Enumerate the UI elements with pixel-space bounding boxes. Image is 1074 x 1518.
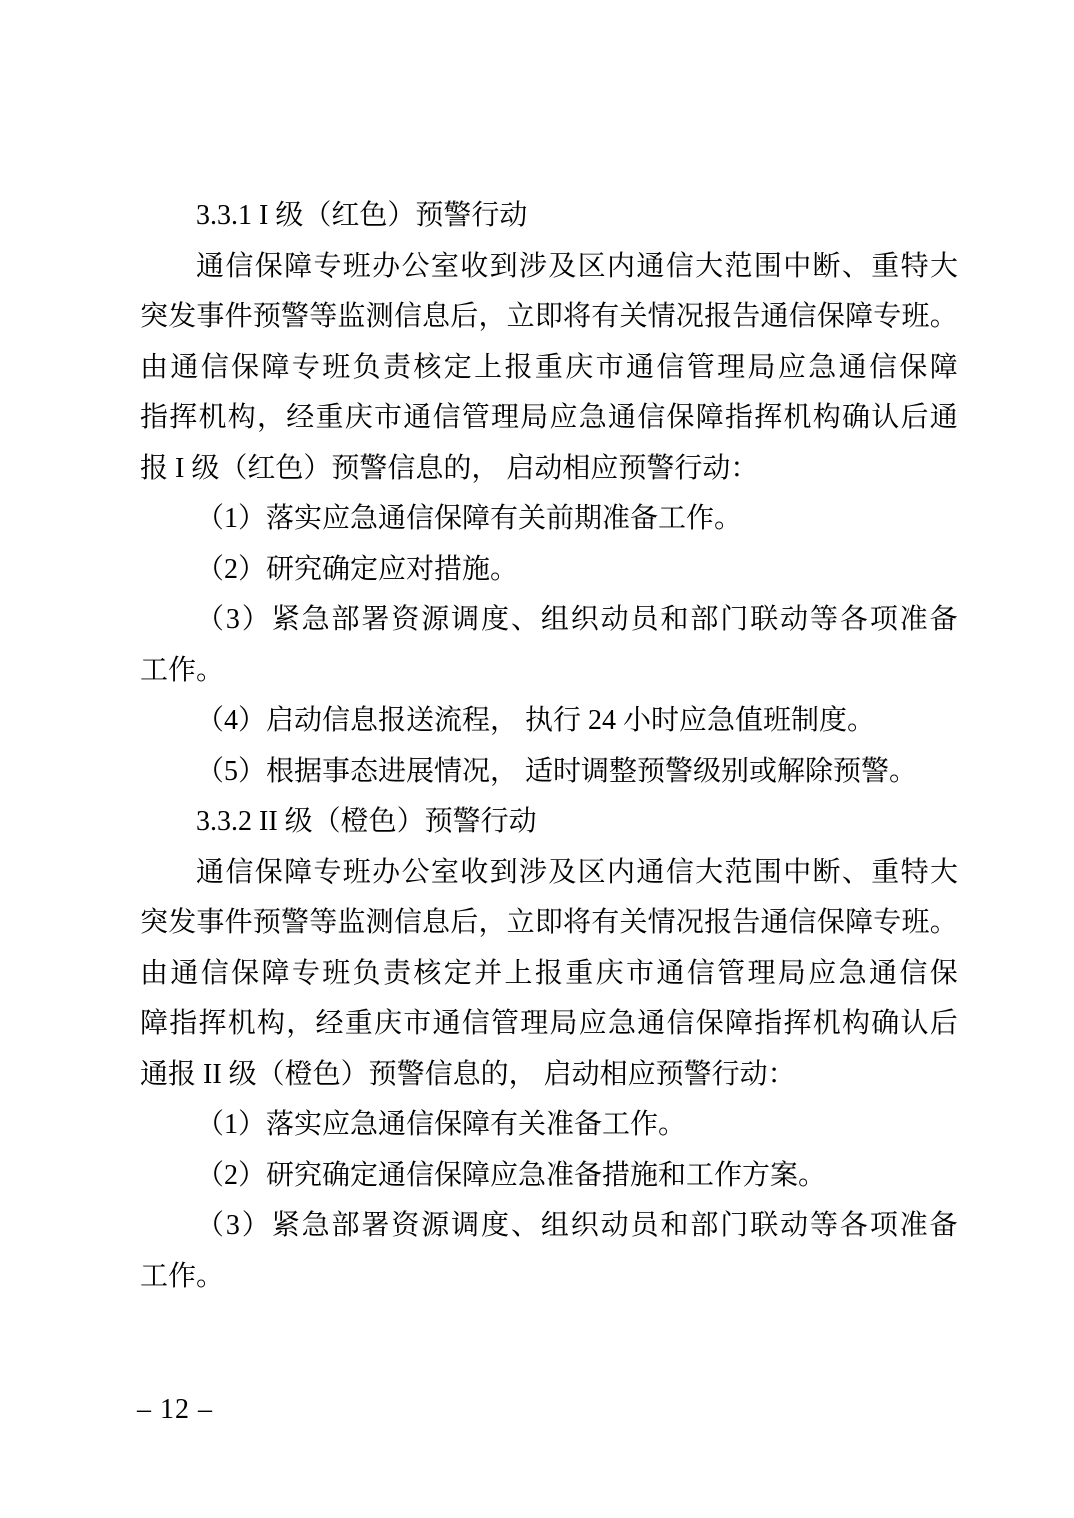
text-line: 通信保障专班办公室收到涉及区内通信大范围中断、重特大 [140,242,958,293]
text-line: （3）紧急部署资源调度、组织动员和部门联动等各项准备 [140,595,958,646]
text-line: （4）启动信息报送流程， 执行 24 小时应急值班制度。 [140,696,958,747]
text-line: （1）落实应急通信保障有关准备工作。 [140,1100,958,1151]
text-line: （2）研究确定应对措施。 [140,545,958,596]
page-number: – 12 – [137,1394,213,1426]
text-line: 指挥机构，经重庆市通信管理局应急通信保障指挥机构确认后通 [140,393,958,444]
document-page: 3.3.1 I 级（红色）预警行动通信保障专班办公室收到涉及区内通信大范围中断、… [0,0,1074,1518]
text-line: 通信保障专班办公室收到涉及区内通信大范围中断、重特大 [140,848,958,899]
text-line: 通报 II 级（橙色）预警信息的， 启动相应预警行动： [140,1050,958,1101]
text-line: 突发事件预警等监测信息后，立即将有关情况报告通信保障专班。 [140,292,958,343]
text-line: （5）根据事态进展情况， 适时调整预警级别或解除预警。 [140,747,958,798]
text-line: 障指挥机构，经重庆市通信管理局应急通信保障指挥机构确认后 [140,999,958,1050]
text-line: 工作。 [140,1252,958,1303]
text-line: 由通信保障专班负责核定并上报重庆市通信管理局应急通信保 [140,949,958,1000]
text-line: 报 I 级（红色）预警信息的， 启动相应预警行动： [140,444,958,495]
text-line: （1）落实应急通信保障有关前期准备工作。 [140,494,958,545]
document-body: 3.3.1 I 级（红色）预警行动通信保障专班办公室收到涉及区内通信大范围中断、… [140,191,958,1302]
text-line: 由通信保障专班负责核定上报重庆市通信管理局应急通信保障 [140,343,958,394]
text-line: 工作。 [140,646,958,697]
text-line: （2）研究确定通信保障应急准备措施和工作方案。 [140,1151,958,1202]
text-line: 突发事件预警等监测信息后，立即将有关情况报告通信保障专班。 [140,898,958,949]
section-heading: 3.3.2 II 级（橙色）预警行动 [140,797,958,848]
text-line: （3）紧急部署资源调度、组织动员和部门联动等各项准备 [140,1201,958,1252]
section-heading: 3.3.1 I 级（红色）预警行动 [140,191,958,242]
